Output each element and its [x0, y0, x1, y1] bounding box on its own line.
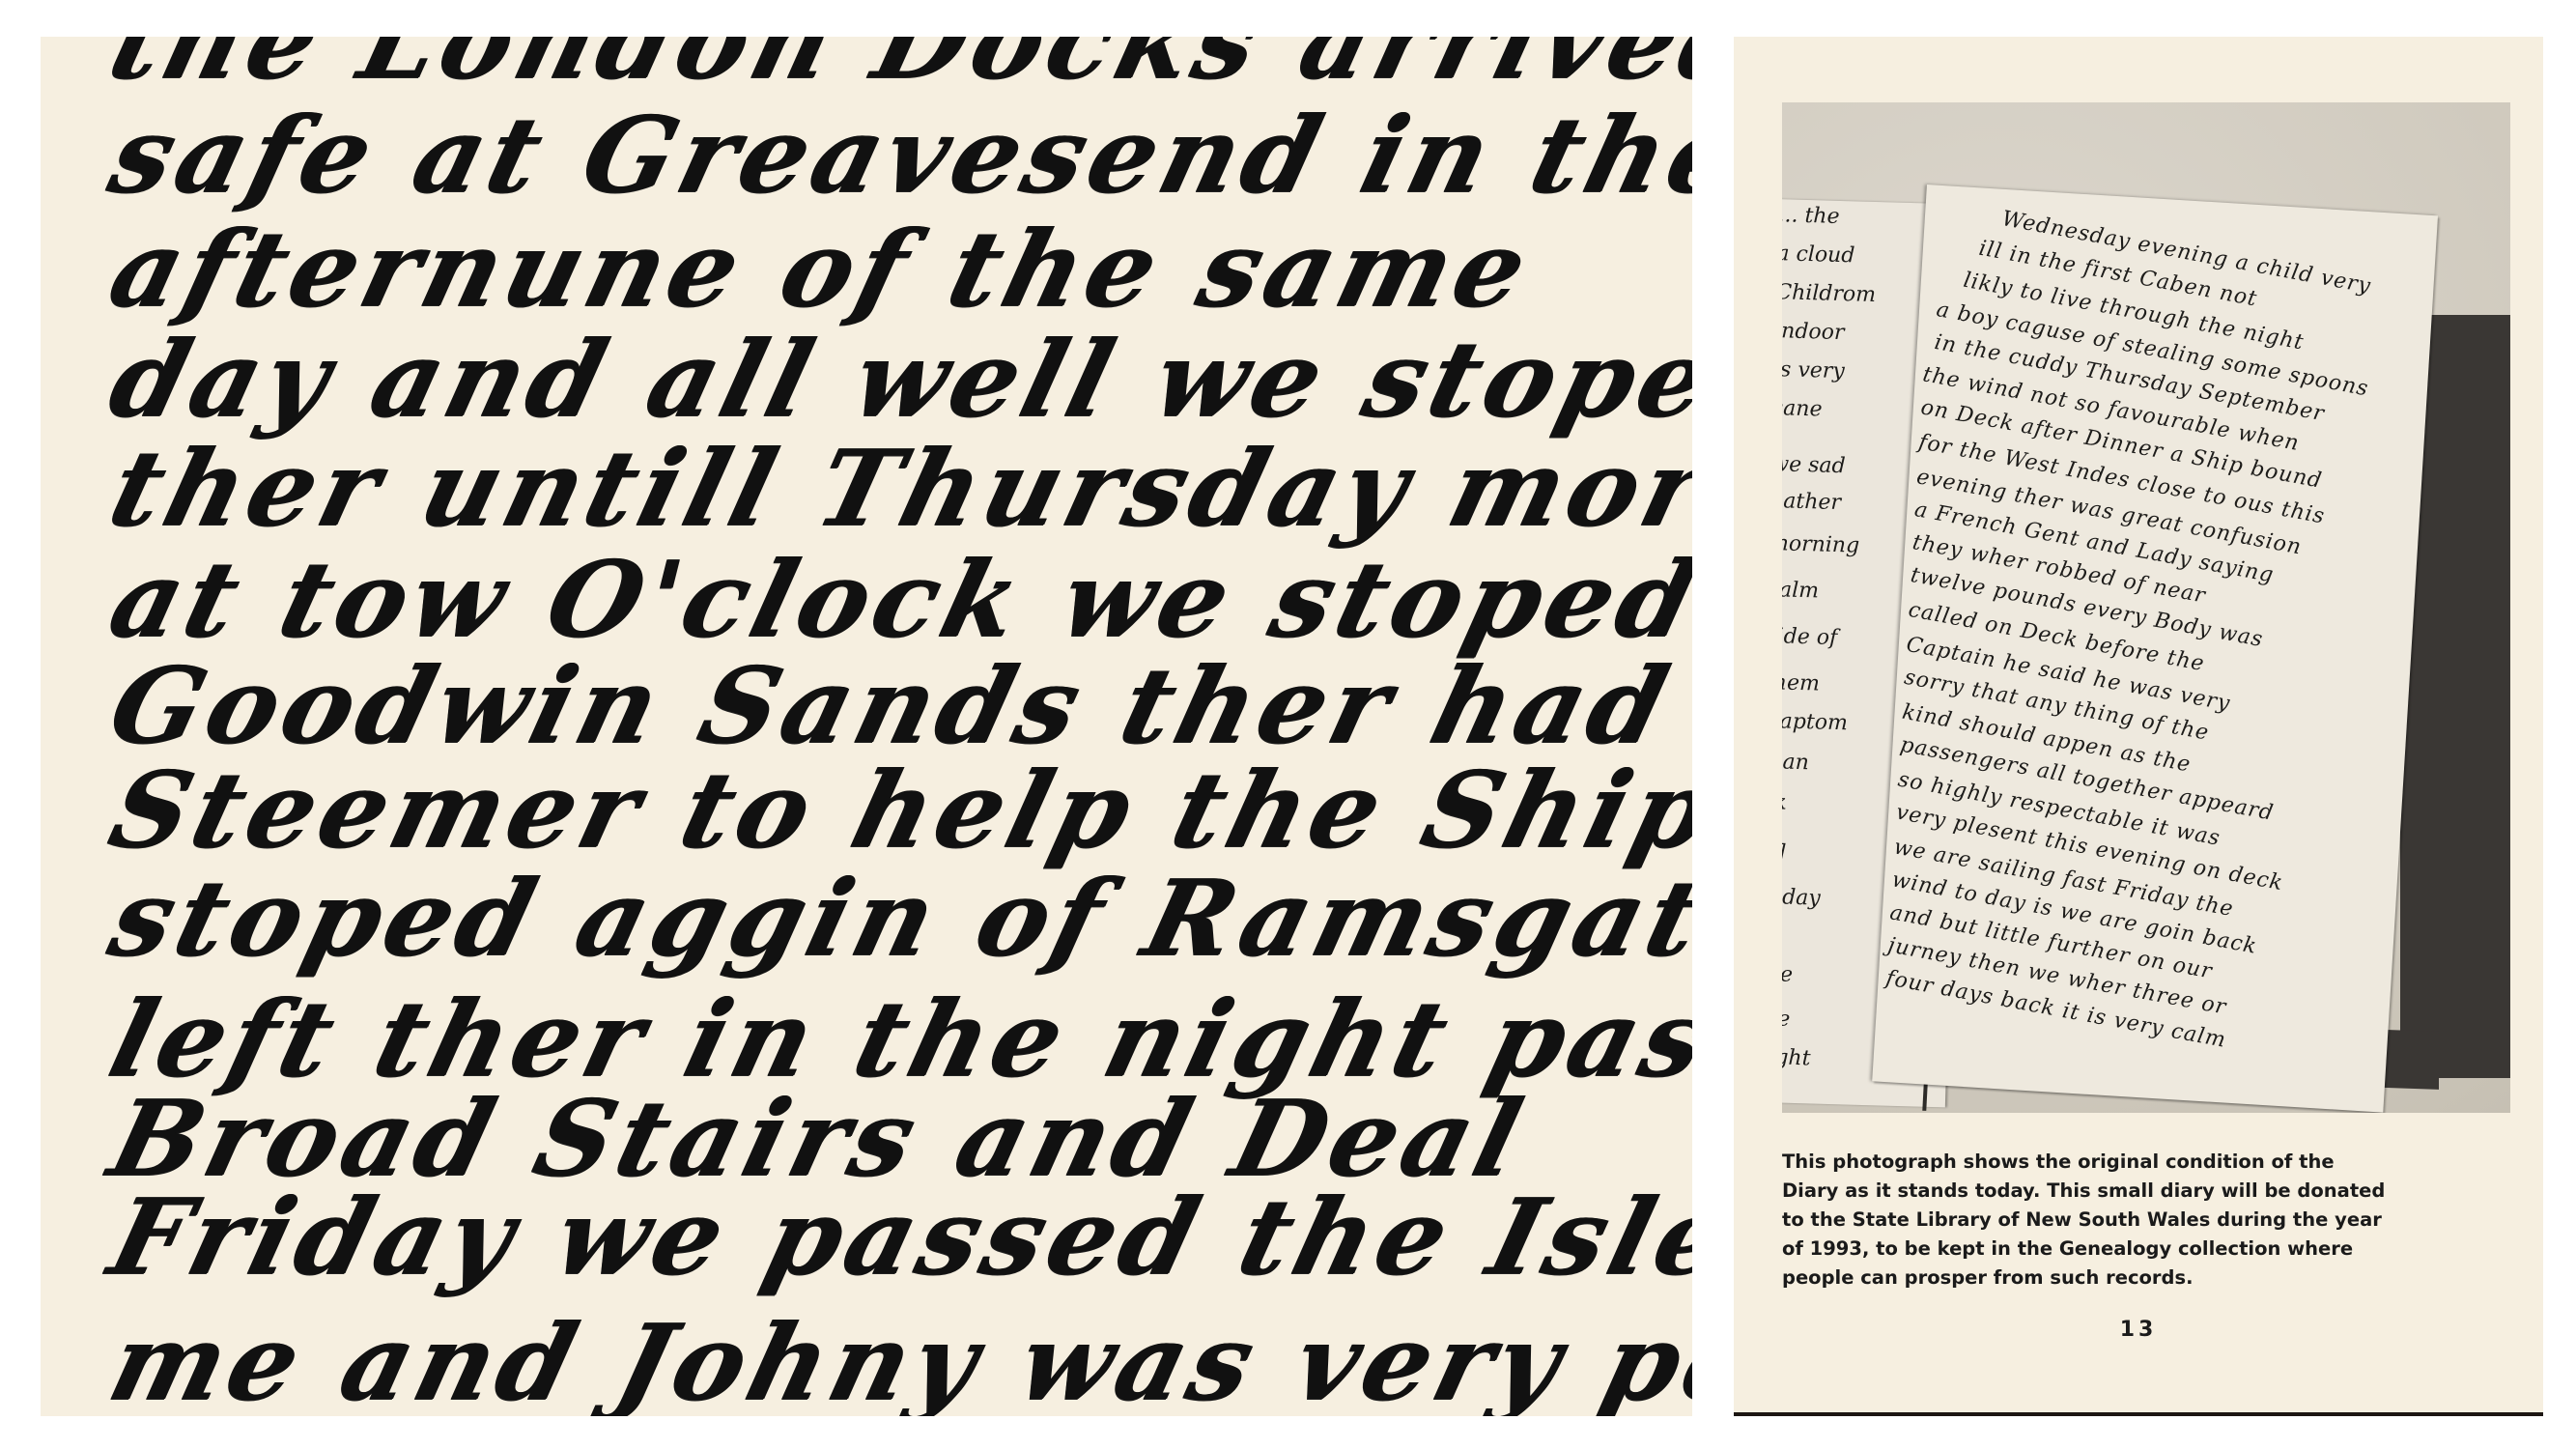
diary-text-line: indoor	[1782, 319, 1845, 345]
manuscript-line: stoped aggin of Ramsgate	[99, 858, 1692, 980]
manuscript-line: afternune of the same	[99, 209, 1543, 330]
manuscript-line: the London Docks arrived	[99, 37, 1692, 102]
diary-text-line: ose	[1782, 962, 1793, 987]
diary-text-line: calm	[1782, 578, 1819, 603]
diary-text-line: side of	[1782, 624, 1837, 650]
diary-text-line: ... the	[1782, 203, 1840, 229]
diary-text-line: is very	[1782, 357, 1845, 384]
diary-text-line: a cloud	[1782, 241, 1855, 268]
diary-text-line: esday	[1782, 885, 1821, 911]
handwritten-manuscript-page: the London Docks arrived safe at Greaves…	[41, 37, 1692, 1416]
manuscript-line: ther untill Thursday morning	[99, 428, 1692, 550]
caption-line: Diary as it stands today. This small dia…	[1782, 1177, 2516, 1206]
manuscript-line: me and Johny was very poorly all	[99, 1302, 1692, 1416]
bottom-rule-divider	[1734, 1412, 2543, 1416]
diary-text-line: we sad	[1782, 452, 1846, 478]
diary-text-line: Captom	[1782, 709, 1848, 735]
diary-text-line: the	[1782, 1007, 1791, 1032]
diary-text-line: man	[1782, 750, 1809, 775]
diary-photograph: ... the a cloud Childrom indoor is very …	[1782, 102, 2510, 1113]
caption-line: people can prosper from such records.	[1782, 1264, 2516, 1293]
diary-text-line: bather	[1782, 489, 1841, 515]
manuscript-line: Steemer to help the Ship	[99, 750, 1692, 871]
caption-line: This photograph shows the original condi…	[1782, 1148, 2516, 1177]
caption-line: to the State Library of New South Wales …	[1782, 1206, 2516, 1235]
diary-right-page: Wednesday evening a child very ill in th…	[1872, 185, 2438, 1113]
manuscript-line: safe at Greavesend in the	[99, 95, 1692, 216]
manuscript-line: at tow O'clock we stoped at	[99, 539, 1692, 661]
diary-text-line: sane	[1782, 396, 1823, 421]
diary-text-line: night	[1782, 1045, 1811, 1071]
photo-caption: This photograph shows the original condi…	[1782, 1148, 2516, 1293]
diary-text-line: them	[1782, 670, 1820, 696]
manuscript-line: day and all well we stoped	[99, 319, 1692, 440]
diary-text-line: ek	[1782, 790, 1787, 815]
diary-text-line: ed	[1782, 840, 1787, 866]
book-page: ... the a cloud Childrom indoor is very …	[1734, 37, 2543, 1416]
manuscript-line: Friday we passed the Isle of wight	[99, 1177, 1692, 1298]
caption-line: of 1993, to be kept in the Genealogy col…	[1782, 1235, 2516, 1264]
diary-text-line: Childrom	[1782, 280, 1876, 307]
page-number: 13	[1734, 1318, 2543, 1342]
diary-text-line: morning	[1782, 531, 1859, 558]
